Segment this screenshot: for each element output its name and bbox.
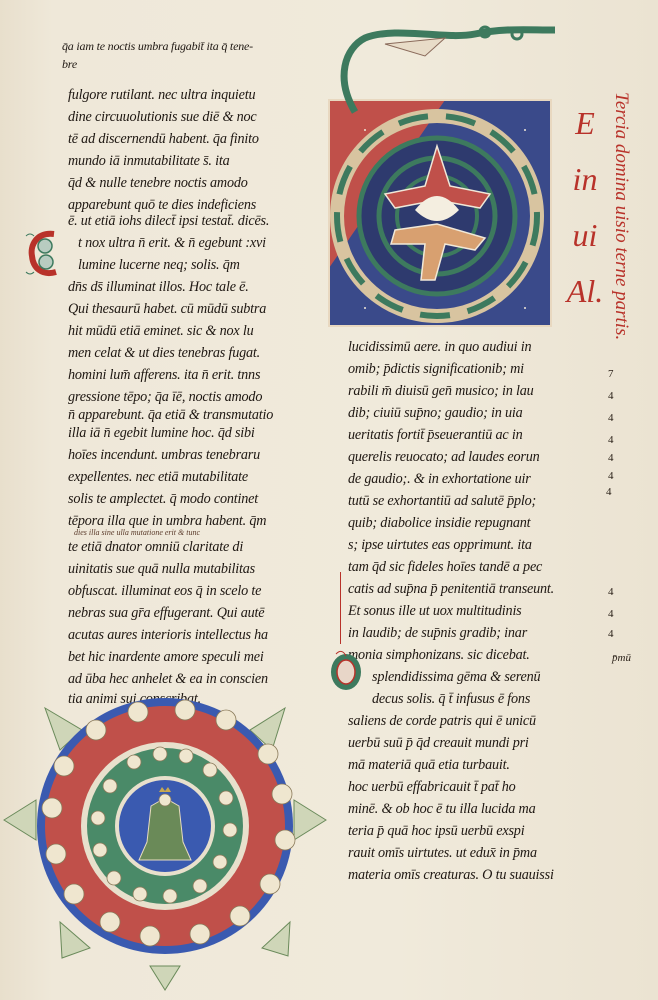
rubric-letters: E in ui Al.	[565, 95, 605, 319]
text-line: ad ūba hec anhelet & ea in conscien	[68, 672, 268, 686]
header-line-2: bre	[62, 58, 77, 70]
text-line: apparebunt quō te dies indeficiens	[68, 198, 256, 212]
text-line: ē. ut etiā iohs dilect̄ ipsi testat̄. di…	[68, 214, 269, 228]
text-line: omib; p̄dictis significationib; mi	[348, 362, 524, 376]
decorated-initial-o-icon	[328, 650, 364, 692]
text-line: materia omīs creaturas. O tu suauissi	[348, 868, 554, 882]
margin-mark: 4	[608, 608, 614, 620]
rubric-title: Tercia domina uisio terne partis.	[610, 92, 632, 340]
text-line: monia simphonizans. sic dicebat.	[348, 648, 530, 662]
text-line: uerbū suū p̄ q̄d creauit mundi pri	[348, 736, 529, 750]
text-line: de gaudio;. & in exhortatione uir	[348, 472, 531, 486]
wheel-miniature-icon	[0, 690, 330, 1000]
text-line: mā materiā quā etia turbauit.	[348, 758, 510, 772]
vertical-rubric: Tercia domina uisio terne partis.	[600, 92, 640, 352]
text-line: Qui thesaurū habet. cū mūdū subtra	[68, 302, 266, 316]
text-line: obfuscat. illuminat eos q̄ in scelo te	[68, 584, 261, 598]
text-line: bet hic inardente amore speculi mei	[68, 650, 264, 664]
text-line: rauit omīs uirtutes. ut edux̄ in p̄ma	[348, 846, 537, 860]
text-line: solis te amplectet. q̄ modo continet	[68, 492, 258, 506]
text-line: minē. & ob hoc ē tu illa lucida ma	[348, 802, 535, 816]
illuminated-initial-o-icon	[325, 18, 560, 330]
text-line: tēpora illa que in umbra habent. q̄m	[68, 514, 266, 528]
text-line: catis ad sup̄na p̄ penitentiā transeunt.	[348, 582, 554, 596]
text-line: gressione tēpo; q̄a īē, noctis amodo	[68, 390, 262, 404]
text-line: splendidissima gēma & serenū	[372, 670, 540, 684]
rubric-line	[340, 572, 341, 644]
text-line: tutū se exhortantiū ad salutē p̄plo;	[348, 494, 536, 508]
manuscript-page: q̄a iam te noctis umbra fugabit̄ ita q̄ …	[0, 0, 658, 1000]
margin-mark: 4	[608, 452, 614, 464]
text-line: dine circuuolutionis sue diē & noc	[68, 110, 257, 124]
margin-note: p̄mū	[612, 652, 631, 664]
rubric-letter: ui	[565, 207, 605, 263]
text-line: tam q̄d sic fideles hoīes tandē a pec	[348, 560, 542, 574]
text-line: lumine lucerne neq; solis. q̄m	[78, 258, 240, 272]
text-line: tē ad discernendū habent. q̄a finito	[68, 132, 259, 146]
text-line: men celat & ut dies tenebras fugat.	[68, 346, 260, 360]
text-line: q̄d & nulle tenebre noctis amodo	[68, 176, 248, 190]
margin-mark: 4	[608, 390, 614, 402]
text-line: s; ipse uirtutes eas opprimunt. ita	[348, 538, 532, 552]
text-line: querelis reuocato; ad laudes eorun	[348, 450, 540, 464]
rubric-letter: in	[565, 151, 605, 207]
text-line: mundo iā inmutabilitate s̄. ita	[68, 154, 230, 168]
text-line: decus solis. q̄ t̄ infusus ē fons	[372, 692, 530, 706]
margin-mark: 4	[606, 486, 612, 498]
header-line-1: q̄a iam te noctis umbra fugabit̄ ita q̄ …	[62, 40, 253, 52]
text-line: t nox ultra n̄ erit. & n̄ egebunt :xvi	[78, 236, 266, 250]
text-line: uinitatis sue quā nulla mutabilitas	[68, 562, 255, 576]
text-line: te etiā dnator omniū claritate di	[68, 540, 243, 554]
text-line: in laudib; de sup̄nis gradib; inar	[348, 626, 527, 640]
text-line: n̄ apparebunt. q̄a etiā & transmutatio	[68, 408, 273, 422]
margin-mark: 4	[608, 586, 614, 598]
margin-mark: 4	[608, 470, 614, 482]
text-line: hoīes incendunt. umbras tenebraru	[68, 448, 260, 462]
text-line: rabili m̄ diuisū gen̄ musico; in lau	[348, 384, 534, 398]
text-line: dib; ciuiū sup̄no; gaudio; in uia	[348, 406, 522, 420]
text-line: hoc uerbū effabricauit t̄ pat̄ ho	[348, 780, 516, 794]
text-line: hit mūdū etiā eminet. sic & nox lu	[68, 324, 254, 338]
margin-mark: 4	[608, 628, 614, 640]
text-line: saliens de corde patris qui ē unicū	[348, 714, 536, 728]
margin-mark: 4	[608, 434, 614, 446]
text-line: quib; diabolice insidie repugnant	[348, 516, 530, 530]
text-line: expellentes. nec etiā mutabilitate	[68, 470, 248, 484]
margin-mark: 7	[608, 368, 614, 380]
rubric-letter: E	[565, 95, 605, 151]
text-line: lucidissimū aere. in quo audiui in	[348, 340, 531, 354]
text-line: homini lum̄ afferens. ita n̄ erit. tnns	[68, 368, 260, 382]
margin-mark: 4	[608, 412, 614, 424]
text-line: ueritatis fortit̄ p̄seuerantiū ac in	[348, 428, 522, 442]
text-line: illa iā n̄ egebit lumine hoc. q̄d sibi	[68, 426, 255, 440]
text-line: nebras sua gr̄a effugerant. Qui autē	[68, 606, 264, 620]
text-line: teria p̄ quā hoc ipsū uerbū exspi	[348, 824, 524, 838]
interlinear-gloss: dies illa sine ulla mutatione erit & tun…	[74, 528, 200, 537]
rubric-letter: Al.	[565, 263, 605, 319]
text-line: dn̄s ds̄ illuminat illos. Hoc tale ē.	[68, 280, 249, 294]
text-line: acutas aures interioris intellectus ha	[68, 628, 268, 642]
decorated-initial-e-icon	[24, 228, 66, 280]
text-line: Et sonus ille ut uox multitudinis	[348, 604, 522, 618]
text-line: fulgore rutilant. nec ultra inquietu	[68, 88, 255, 102]
